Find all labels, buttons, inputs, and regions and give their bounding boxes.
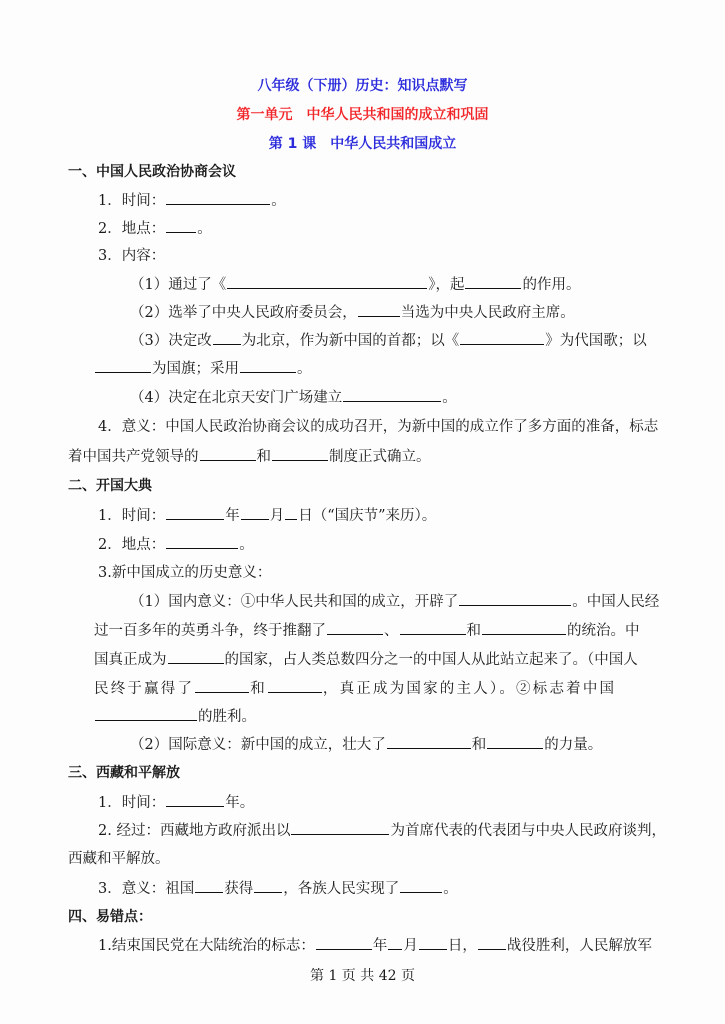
- blank-field[interactable]: [460, 330, 544, 345]
- text: 》为代国歌；以: [545, 333, 647, 349]
- blank-field[interactable]: [343, 387, 441, 402]
- text: （2）选举了中央人民政府委员会，: [130, 305, 357, 321]
- ceremony-meaning-label: 3.新中国成立的历史意义：: [98, 563, 271, 583]
- text: ，各族人民实现了: [283, 881, 399, 897]
- blank-field[interactable]: [95, 706, 197, 721]
- blank-field[interactable]: [241, 505, 269, 520]
- document-title: 八年级（下册）历史：知识点默写: [0, 76, 725, 96]
- domestic-meaning-line3: 国真正成为的国家，占人类总数四分之一的中国人从此站立起来了。（中国人: [94, 649, 638, 670]
- blank-field[interactable]: [285, 505, 297, 520]
- tibet-time: 1．时间：年。: [98, 792, 254, 813]
- text: 和: [257, 449, 272, 465]
- text: 国真正成为: [94, 652, 167, 668]
- text: 3．意义：祖国: [98, 881, 194, 897]
- blank-field[interactable]: [166, 218, 196, 233]
- text: 的胜利。: [198, 709, 256, 725]
- text: 。中国人民经: [572, 594, 659, 610]
- ceremony-place: 2．地点：。: [98, 534, 254, 555]
- text: 月: [270, 508, 285, 524]
- text: 为北京，作为新中国的首都；以《: [242, 333, 460, 349]
- text: （3）决定改: [130, 333, 212, 349]
- domestic-meaning-line5: 的胜利。: [94, 706, 256, 727]
- text: 民终于赢得了: [94, 681, 194, 697]
- blank-field[interactable]: [291, 820, 389, 835]
- text: 制度正式确立。: [329, 449, 431, 465]
- blank-field[interactable]: [459, 591, 571, 606]
- blank-field[interactable]: [419, 935, 447, 950]
- tibet-process-line2: 西藏和平解放。: [68, 849, 170, 869]
- cppcc-place: 2．地点：。: [98, 218, 212, 239]
- blank-field[interactable]: [240, 358, 296, 373]
- text: （1）国内意义：①中华人民共和国的成立，开辟了: [130, 594, 458, 610]
- domestic-meaning-line4: 民终于赢得了和，真正成为国家的主人）。②标志着中国: [94, 678, 616, 699]
- text: 为首席代表的代表团与中央人民政府谈判，: [390, 823, 666, 839]
- text: （2）国际意义：新中国的成立，壮大了: [130, 737, 386, 753]
- text: 的作用。: [522, 277, 580, 293]
- blank-field[interactable]: [166, 792, 224, 807]
- blank-field[interactable]: [482, 620, 566, 635]
- label: 1．时间：: [98, 795, 165, 811]
- blank-field[interactable]: [195, 878, 223, 893]
- text: 。: [197, 221, 212, 237]
- text: 日（“国庆节”来历）。: [298, 508, 436, 524]
- text: 。: [271, 193, 286, 209]
- text: （1）通过了《: [130, 277, 226, 293]
- text: 过一百多年的英勇斗争，终于推翻了: [94, 623, 326, 639]
- cppcc-content-1: （1）通过了《》，起的作用。: [130, 274, 580, 295]
- section-heading-common-mistakes: 四、易错点：: [68, 907, 152, 927]
- text: （4）决定在北京天安门广场建立: [130, 390, 342, 406]
- blank-field[interactable]: [358, 302, 400, 317]
- blank-field[interactable]: [478, 935, 506, 950]
- text: 战役胜利，人民解放军: [507, 938, 652, 954]
- text: 和: [250, 681, 267, 697]
- cppcc-time: 1．时间：。: [98, 190, 286, 211]
- blank-field[interactable]: [316, 935, 372, 950]
- text: 获得: [224, 881, 253, 897]
- text: 。: [297, 361, 312, 377]
- blank-field[interactable]: [166, 190, 270, 205]
- blank-field[interactable]: [168, 649, 224, 664]
- unit-title: 第一单元 中华人民共和国的成立和巩固: [0, 105, 725, 125]
- label: 1．时间：: [98, 508, 165, 524]
- blank-field[interactable]: [95, 358, 151, 373]
- text: 的统治。中: [567, 623, 640, 639]
- blank-field[interactable]: [166, 534, 238, 549]
- tibet-meaning: 3．意义：祖国获得，各族人民实现了。: [98, 878, 458, 899]
- text: 、: [384, 623, 399, 639]
- text: 月: [403, 938, 418, 954]
- cppcc-content-2: （2）选举了中央人民政府委员会，当选为中央人民政府主席。: [130, 302, 575, 323]
- text: 的国家，占人类总数四分之一的中国人从此站立起来了。（中国人: [225, 652, 638, 668]
- text: 为国旗；采用: [152, 361, 239, 377]
- cppcc-content-3: （3）决定改为北京，作为新中国的首都；以《》为代国歌；以: [130, 330, 647, 351]
- text: 。: [442, 390, 457, 406]
- text: ，真正成为国家的主人）。②标志着中国: [323, 681, 616, 697]
- blank-field[interactable]: [272, 446, 328, 461]
- blank-field[interactable]: [388, 935, 402, 950]
- text: 当选为中央人民政府主席。: [401, 305, 575, 321]
- blank-field[interactable]: [487, 734, 543, 749]
- text: 1.结束国民党在大陆统治的标志：: [98, 938, 315, 954]
- cppcc-meaning-line1: 4．意义：中国人民政治协商会议的成功召开，为新中国的成立作了多方面的准备，标志: [98, 417, 658, 437]
- cppcc-meaning-line2: 着中国共产党领导的和制度正式确立。: [68, 446, 431, 467]
- label: 2．地点：: [98, 221, 165, 237]
- tibet-process-line1: 2. 经过：西藏地方政府派出以为首席代表的代表团与中央人民政府谈判，: [98, 820, 666, 841]
- text: 和: [467, 623, 482, 639]
- domestic-meaning-line1: （1）国内意义：①中华人民共和国的成立，开辟了。中国人民经: [130, 591, 659, 612]
- mistake-item-1: 1.结束国民党在大陆统治的标志：年月日，战役胜利，人民解放军: [98, 935, 652, 956]
- cppcc-content-label: 3．内容：: [98, 246, 165, 266]
- blank-field[interactable]: [166, 505, 224, 520]
- label: 2．地点：: [98, 537, 165, 553]
- page-number: 第 1 页 共 42 页: [0, 966, 725, 986]
- blank-field[interactable]: [227, 274, 427, 289]
- text: 的力量。: [544, 737, 602, 753]
- text: 和: [472, 737, 487, 753]
- blank-field[interactable]: [213, 330, 241, 345]
- text: 。: [443, 881, 458, 897]
- blank-field[interactable]: [465, 274, 521, 289]
- blank-field[interactable]: [327, 620, 383, 635]
- domestic-meaning-line2: 过一百多年的英勇斗争，终于推翻了、和的统治。中: [94, 620, 640, 641]
- text: 年: [373, 938, 388, 954]
- cppcc-content-4: （4）决定在北京天安门广场建立。: [130, 387, 457, 408]
- text: 。: [239, 537, 254, 553]
- text: 着中国共产党领导的: [68, 449, 199, 465]
- ceremony-time: 1．时间：年月日（“国庆节”来历）。: [98, 505, 436, 526]
- blank-field[interactable]: [195, 678, 249, 693]
- section-heading-founding-ceremony: 二、开国大典: [68, 476, 152, 496]
- text: 年。: [225, 795, 254, 811]
- text: 》，起: [428, 277, 464, 293]
- section-heading-tibet: 三、西藏和平解放: [68, 763, 180, 783]
- blank-field[interactable]: [400, 620, 466, 635]
- document-page: 八年级（下册）历史：知识点默写 第一单元 中华人民共和国的成立和巩固 第 1 课…: [0, 0, 725, 1024]
- blank-field[interactable]: [268, 678, 322, 693]
- blank-field[interactable]: [387, 734, 471, 749]
- cppcc-content-3-cont: 为国旗；采用。: [94, 358, 312, 379]
- section-heading-cppcc: 一、中国人民政治协商会议: [68, 162, 236, 182]
- blank-field[interactable]: [200, 446, 256, 461]
- text: 2. 经过：西藏地方政府派出以: [98, 823, 290, 839]
- text: 日，: [448, 938, 477, 954]
- blank-field[interactable]: [254, 878, 282, 893]
- blank-field[interactable]: [400, 878, 442, 893]
- text: 年: [225, 508, 240, 524]
- international-meaning: （2）国际意义：新中国的成立，壮大了和的力量。: [130, 734, 602, 755]
- lesson-title: 第 1 课 中华人民共和国成立: [0, 134, 725, 154]
- label: 1．时间：: [98, 193, 165, 209]
